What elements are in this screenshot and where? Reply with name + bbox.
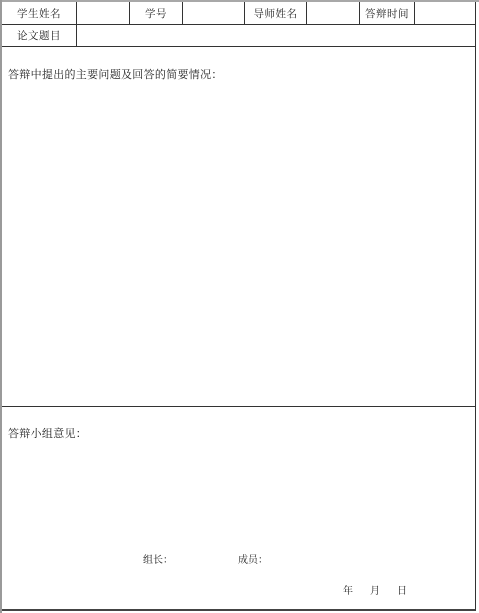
- student-id-label-cell: 学号: [130, 2, 183, 24]
- thesis-title-label-cell: 论文题目: [2, 25, 77, 46]
- student-id-label: 学号: [145, 6, 167, 21]
- leader-label: 组长：: [143, 551, 173, 566]
- advisor-name-label-cell: 导师姓名: [245, 2, 307, 24]
- student-name-label-cell: 学生姓名: [2, 2, 77, 24]
- advisor-name-field[interactable]: [307, 2, 360, 24]
- year-label: 年: [343, 582, 353, 597]
- questions-section[interactable]: 答辩中提出的主要问题及回答的简要情况：: [2, 47, 476, 407]
- thesis-title-label: 论文题目: [17, 28, 61, 43]
- defense-time-field[interactable]: [415, 2, 476, 24]
- defense-time-label-cell: 答辩时间: [360, 2, 415, 24]
- opinion-section-title: 答辩小组意见：: [8, 425, 87, 441]
- thesis-title-field[interactable]: [77, 25, 476, 46]
- student-id-field[interactable]: [183, 2, 245, 24]
- student-name-field[interactable]: [77, 2, 130, 24]
- opinion-section[interactable]: 答辩小组意见： 组长： 成员： 年 月 日: [2, 407, 476, 609]
- members-label: 成员：: [238, 551, 268, 566]
- defense-time-label: 答辩时间: [365, 6, 409, 21]
- info-row-2: 论文题目: [2, 25, 476, 47]
- month-label: 月: [370, 582, 380, 597]
- defense-record-form: 学生姓名 学号 导师姓名 答辩时间 论文题目: [2, 2, 476, 611]
- advisor-name-label: 导师姓名: [254, 6, 298, 21]
- info-row-1: 学生姓名 学号 导师姓名 答辩时间: [2, 2, 476, 25]
- questions-section-title: 答辩中提出的主要问题及回答的简要情况：: [8, 66, 223, 82]
- day-label: 日: [397, 582, 407, 597]
- student-name-label: 学生姓名: [17, 6, 61, 21]
